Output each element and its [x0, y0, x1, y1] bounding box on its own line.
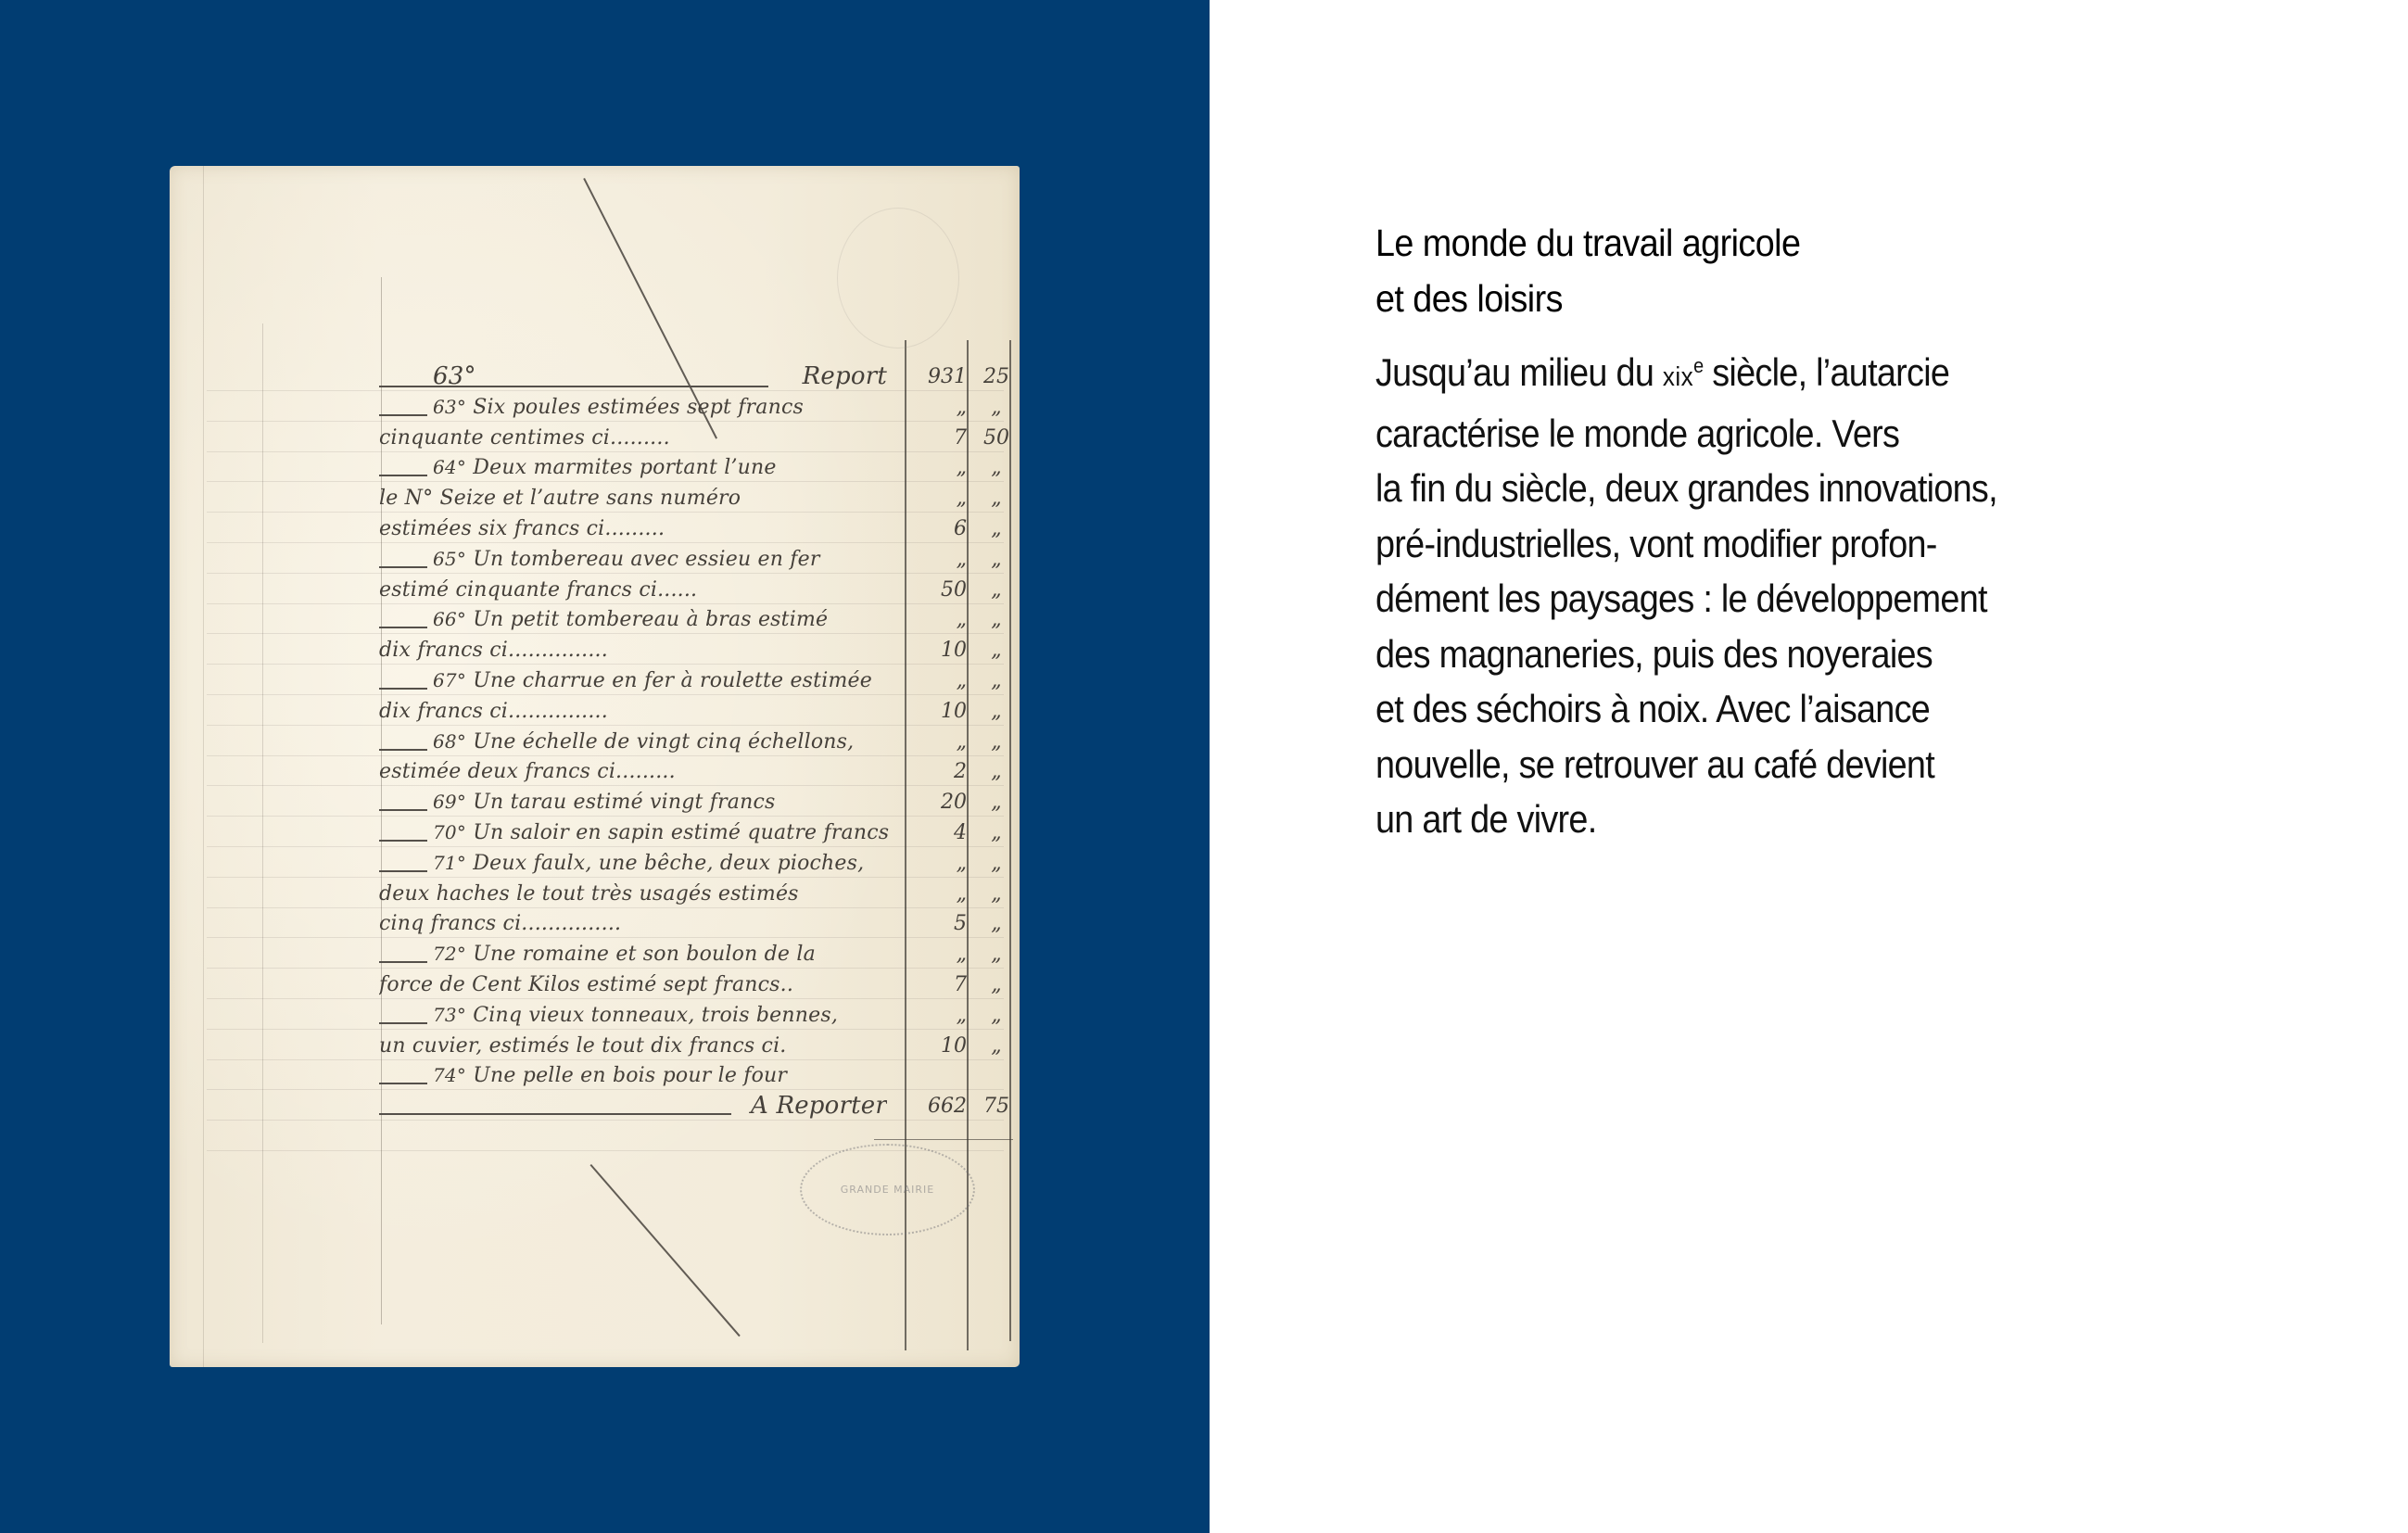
ledger-row: force de Cent Kilos estimé sept francs..…	[379, 969, 1020, 1000]
item-text: Deux marmites portant l’une	[473, 456, 776, 479]
ledger-row: 74° Une pelle en bois pour le four	[379, 1060, 1020, 1091]
item-text: estimé cinquante francs ci......	[379, 578, 697, 602]
line-dash	[379, 1022, 427, 1024]
item-number: 67°	[433, 669, 466, 691]
title-line-1: Le monde du travail agricole	[1375, 215, 2228, 271]
row-description: dix francs ci...............	[379, 696, 898, 727]
line-dash	[379, 475, 427, 476]
cents-value: „	[976, 696, 1017, 727]
ledger-row: cinquante centimes ci.........750	[379, 423, 1020, 453]
row-label: Report	[379, 361, 887, 392]
line-dash	[379, 566, 427, 568]
title-line-2: et des loisirs	[1375, 271, 2228, 326]
body-line-2: caractérise le monde agricole. Vers	[1375, 406, 2276, 462]
francs-value: „	[904, 544, 976, 575]
row-description: 69° Un tarau estimé vingt francs	[433, 787, 898, 817]
ledger-row: 63° Six poules estimées sept francs„„	[379, 392, 1020, 423]
line-dash	[379, 749, 427, 751]
item-number: 63°	[433, 396, 466, 418]
body-line-5: dément les paysages : le développement	[1375, 571, 2276, 627]
row-description: estimée deux francs ci.........	[379, 756, 898, 787]
cents-value: „	[976, 817, 1017, 848]
row-description: cinq francs ci...............	[379, 908, 898, 939]
ledger-row-report: 63° Report 931 25	[379, 361, 1020, 392]
item-number: 66°	[433, 608, 466, 630]
ledger-row: 73° Cinq vieux tonneaux, trois bennes,„„	[379, 1000, 1020, 1031]
cents-value: „	[976, 848, 1017, 879]
francs-value: „	[904, 392, 976, 423]
ledger-row: le N° Seize et l’autre sans numéro„„	[379, 483, 1020, 513]
cents-value: „	[976, 727, 1017, 757]
line-dash	[379, 870, 427, 872]
ledger-row: 68° Une échelle de vingt cinq échellons,…	[379, 727, 1020, 757]
item-text: Une pelle en bois pour le four	[473, 1064, 787, 1087]
cents-value: „	[976, 756, 1017, 787]
francs-value: 5	[904, 908, 976, 939]
francs-value: „	[904, 727, 976, 757]
ledger-row: dix francs ci...............10„	[379, 696, 1020, 727]
body-line-9: un art de vivre.	[1375, 792, 2276, 847]
ledger-row: un cuvier, estimés le tout dix francs ci…	[379, 1031, 1020, 1061]
ledger-row: 65° Un tombereau avec essieu en fer„„	[379, 544, 1020, 575]
francs-value: „	[904, 939, 976, 969]
item-number: 65°	[433, 548, 466, 570]
row-description: estimé cinquante francs ci......	[379, 575, 898, 605]
item-text: deux haches le tout très usagés estimés	[379, 882, 799, 906]
body-text-fragment: Jusqu’au milieu du	[1375, 350, 1663, 394]
row-description: 63° Six poules estimées sept francs	[433, 392, 898, 423]
francs-value: 6	[904, 513, 976, 544]
item-number: 74°	[433, 1064, 466, 1086]
article-title: Le monde du travail agricole et des lois…	[1375, 215, 2228, 326]
item-text: cinq francs ci...............	[379, 912, 621, 935]
article-text-column: Le monde du travail agricole et des lois…	[1375, 215, 2302, 847]
item-text: dix francs ci...............	[379, 639, 608, 662]
ledger-row: estimée deux francs ci.........2„	[379, 756, 1020, 787]
ledger-row: 67° Une charrue en fer à roulette estimé…	[379, 665, 1020, 696]
manuscript-page-image: GRANDE MAIRIE 63° Report 931 25 63° Six …	[170, 166, 1020, 1367]
francs-value: „	[904, 665, 976, 696]
ledger-row: 72° Une romaine et son boulon de la„„	[379, 939, 1020, 969]
body-text-fragment: siècle, l’autarcie	[1703, 350, 1949, 394]
row-description: cinquante centimes ci.........	[379, 423, 898, 453]
francs-value: „	[904, 452, 976, 483]
francs-value: 10	[904, 1031, 976, 1061]
row-description: estimées six francs ci.........	[379, 513, 898, 544]
cents-value: „	[976, 575, 1017, 605]
francs-value: „	[904, 848, 976, 879]
cents-value: „	[976, 604, 1017, 635]
ledger-rows: 63° Report 931 25 63° Six poules estimée…	[170, 166, 1020, 1367]
row-description: dix francs ci...............	[379, 635, 898, 665]
row-description: 71° Deux faulx, une bêche, deux pioches,	[433, 848, 898, 879]
ledger-row: cinq francs ci...............5„	[379, 908, 1020, 939]
francs-value: 7	[904, 969, 976, 1000]
cents-value: 50	[976, 423, 1017, 453]
item-number: 72°	[433, 943, 466, 965]
row-description: 66° Un petit tombereau à bras estimé	[433, 604, 898, 635]
body-line-7: et des séchoirs à noix. Avec l’aisance	[1375, 681, 2276, 737]
cents-value: „	[976, 392, 1017, 423]
row-description: un cuvier, estimés le tout dix francs ci…	[379, 1031, 898, 1061]
item-number: 70°	[433, 821, 466, 843]
item-text: cinquante centimes ci.........	[379, 426, 670, 450]
ledger-row: 64° Deux marmites portant l’une„„	[379, 452, 1020, 483]
ledger-row: 66° Un petit tombereau à bras estimé„„	[379, 604, 1020, 635]
item-text: estimées six francs ci.........	[379, 517, 665, 540]
francs-value: 20	[904, 787, 976, 817]
cents-value: „	[976, 879, 1017, 909]
item-number: 69°	[433, 791, 466, 813]
century-roman-numeral: xix	[1663, 362, 1693, 392]
ledger-row: estimées six francs ci.........6„	[379, 513, 1020, 544]
item-number: 73°	[433, 1004, 466, 1026]
row-description: 73° Cinq vieux tonneaux, trois bennes,	[433, 1000, 898, 1031]
ledger-row-carry-forward: A Reporter66275	[379, 1091, 1020, 1121]
line-dash	[379, 961, 427, 963]
francs-value: „	[904, 483, 976, 513]
cents-value: „	[976, 1000, 1017, 1031]
ledger-row: deux haches le tout très usagés estimés„…	[379, 879, 1020, 909]
ledger-row: 70° Un saloir en sapin estimé quatre fra…	[379, 817, 1020, 848]
row-description: 67° Une charrue en fer à roulette estimé…	[433, 665, 898, 696]
ledger-row: dix francs ci...............10„	[379, 635, 1020, 665]
body-line-3: la fin du siècle, deux grandes innovatio…	[1375, 461, 2276, 516]
body-line-1: Jusqu’au milieu du xixe siècle, l’autarc…	[1375, 345, 2276, 406]
line-dash	[379, 1083, 427, 1084]
row-description: 64° Deux marmites portant l’une	[433, 452, 898, 483]
cents-value: „	[976, 665, 1017, 696]
item-number: 64°	[433, 456, 466, 478]
article-body: Jusqu’au milieu du xixe siècle, l’autarc…	[1375, 345, 2276, 847]
francs-value: 10	[904, 635, 976, 665]
francs-value: „	[904, 879, 976, 909]
row-description: 70° Un saloir en sapin estimé quatre fra…	[433, 817, 898, 848]
row-description: 65° Un tombereau avec essieu en fer	[433, 544, 898, 575]
item-number: 71°	[433, 852, 466, 874]
cents-value: „	[976, 483, 1017, 513]
body-line-4: pré-industrielles, vont modifier profon-	[1375, 516, 2276, 572]
line-dash	[379, 627, 427, 628]
cents-value: „	[976, 635, 1017, 665]
francs-value: 2	[904, 756, 976, 787]
ledger-row: estimé cinquante francs ci......50„	[379, 575, 1020, 605]
ledger-row: 69° Un tarau estimé vingt francs20„	[379, 787, 1020, 817]
item-text: estimée deux francs ci.........	[379, 760, 676, 783]
cents-value: „	[976, 787, 1017, 817]
francs-value: 7	[904, 423, 976, 453]
line-dash	[379, 688, 427, 690]
item-text: Un petit tombereau à bras estimé	[473, 608, 828, 631]
century-superscript: e	[1693, 354, 1703, 377]
cents-value: „	[976, 513, 1017, 544]
row-description: deux haches le tout très usagés estimés	[379, 879, 898, 909]
line-dash	[379, 809, 427, 811]
item-text: Un tarau estimé vingt francs	[473, 791, 775, 814]
item-text: Un tombereau avec essieu en fer	[473, 548, 819, 571]
ledger-row: 71° Deux faulx, une bêche, deux pioches,…	[379, 848, 1020, 879]
cents-value: „	[976, 1031, 1017, 1061]
francs-value: „	[904, 1000, 976, 1031]
francs-value: 662	[904, 1091, 976, 1121]
item-text: Une romaine et son boulon de la	[473, 943, 816, 966]
cents-value: „	[976, 452, 1017, 483]
cents-value: 25	[976, 361, 1017, 392]
item-number: 68°	[433, 730, 466, 753]
item-text: Un saloir en sapin estimé quatre francs	[473, 821, 889, 844]
item-text: force de Cent Kilos estimé sept francs..	[379, 973, 793, 996]
blue-background-panel: GRANDE MAIRIE 63° Report 931 25 63° Six …	[0, 0, 1210, 1533]
item-text: Cinq vieux tonneaux, trois bennes,	[473, 1004, 838, 1027]
francs-value: 931	[904, 361, 976, 392]
body-line-8: nouvelle, se retrouver au café devient	[1375, 737, 2276, 792]
francs-value: „	[904, 604, 976, 635]
item-text: un cuvier, estimés le tout dix francs ci…	[379, 1034, 787, 1058]
line-dash	[379, 414, 427, 416]
item-text: Une échelle de vingt cinq échellons,	[473, 730, 854, 754]
cents-value: „	[976, 969, 1017, 1000]
francs-value: 50	[904, 575, 976, 605]
row-description: le N° Seize et l’autre sans numéro	[379, 483, 898, 513]
row-description: 72° Une romaine et son boulon de la	[433, 939, 898, 969]
row-description: 68° Une échelle de vingt cinq échellons,	[433, 727, 898, 757]
cents-value: „	[976, 544, 1017, 575]
item-text: le N° Seize et l’autre sans numéro	[379, 487, 741, 510]
row-description: force de Cent Kilos estimé sept francs..	[379, 969, 898, 1000]
francs-value: 10	[904, 696, 976, 727]
body-line-6: des magnaneries, puis des noyeraies	[1375, 627, 2276, 682]
cents-value: 75	[976, 1091, 1017, 1121]
item-text: Une charrue en fer à roulette estimée	[473, 669, 872, 692]
row-description: A Reporter	[379, 1091, 887, 1121]
row-description: 74° Une pelle en bois pour le four	[433, 1060, 898, 1091]
item-text: dix francs ci...............	[379, 700, 608, 723]
item-text: Six poules estimées sept francs	[473, 396, 804, 419]
francs-value: 4	[904, 817, 976, 848]
cents-value: „	[976, 908, 1017, 939]
line-dash	[379, 840, 427, 842]
cents-value: „	[976, 939, 1017, 969]
item-text: Deux faulx, une bêche, deux pioches,	[473, 852, 864, 875]
